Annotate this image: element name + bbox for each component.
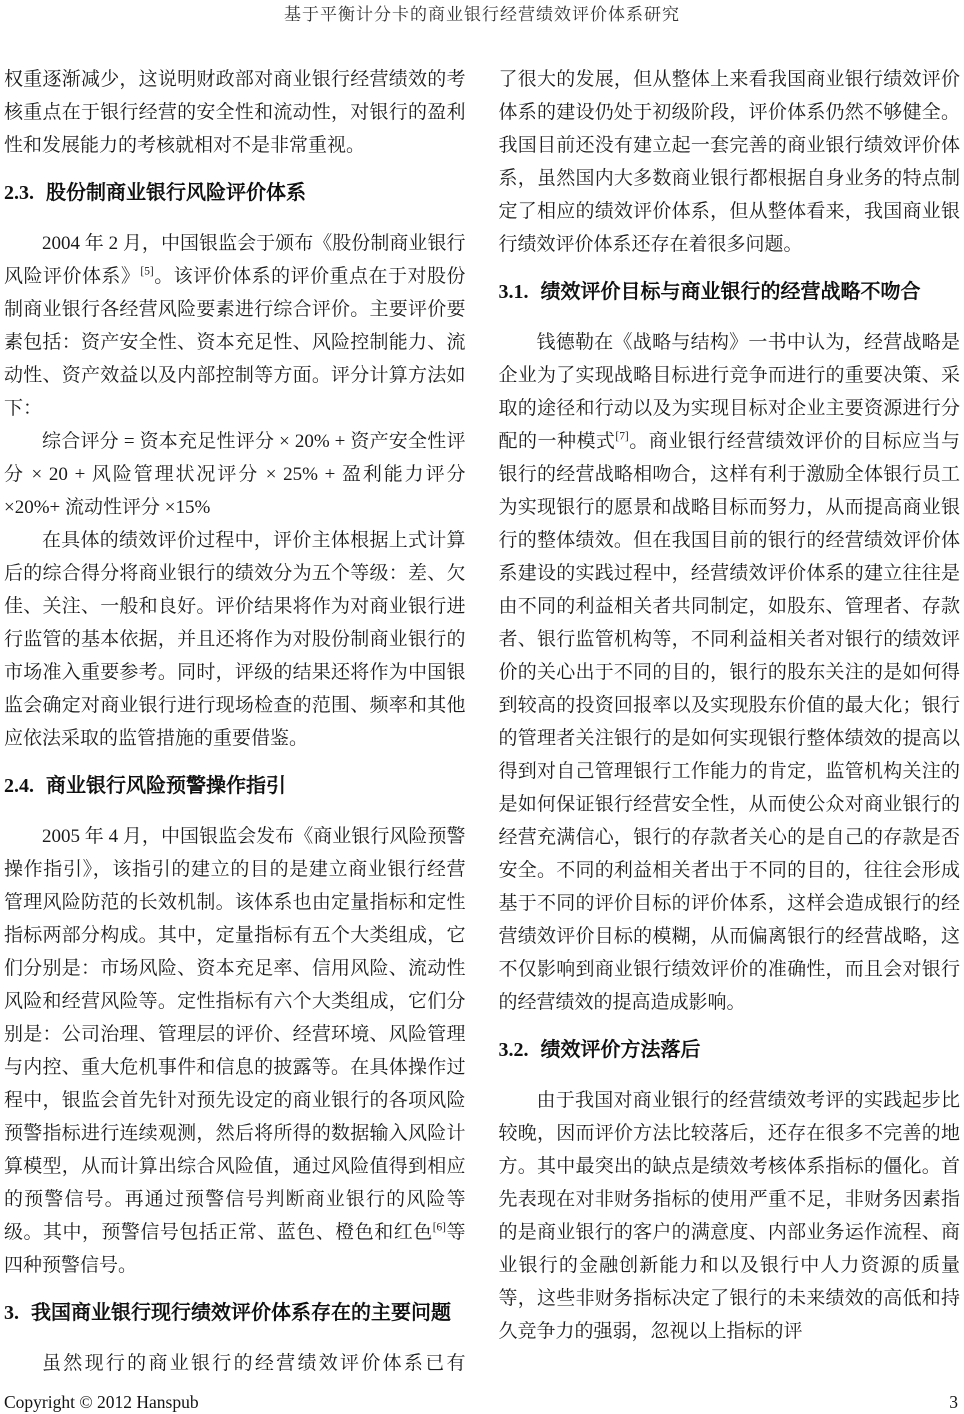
heading-number: 3.2. (499, 1036, 529, 1065)
paragraph: 权重逐渐减少，这说明财政部对商业银行经营绩效的考核重点在于银行经营的安全性和流动… (4, 63, 466, 162)
two-column-body: 权重逐渐减少，这说明财政部对商业银行经营绩效的考核重点在于银行经营的安全性和流动… (0, 25, 964, 1380)
section-heading-3: 3. 我国商业银行现行绩效评价体系存在的主要问题 (4, 1299, 466, 1328)
right-column: 了很大的发展，但从整体上来看我国商业银行绩效评价体系的建设仍处于初级阶段，评价体… (499, 63, 961, 1380)
page-footer: Copyright © 2012 Hanspub 3 (4, 1392, 958, 1412)
paragraph: 了很大的发展，但从整体上来看我国商业银行绩效评价体系的建设仍处于初级阶段，评价体… (499, 63, 961, 261)
paragraph: 虽然现行的商业银行的经营绩效评价体系已有 (4, 1347, 466, 1380)
paragraph: 2004 年 2 月，中国银监会于颁布《股份制商业银行风险评价体系》[5]。该评… (4, 227, 466, 425)
formula-paragraph: 综合评分 = 资本充足性评分 × 20% + 资产安全性评分 × 20 + 风险… (4, 425, 466, 524)
section-heading-3-1: 3.1. 绩效评价目标与商业银行的经营战略不吻合 (499, 278, 961, 307)
heading-text: 股份制商业银行风险评价体系 (46, 179, 466, 208)
footer-copyright: Copyright © 2012 Hanspub (4, 1392, 199, 1412)
paragraph: 钱德勒在《战略与结构》一书中认为，经营战略是企业为了实现战略目标进行竞争而进行的… (499, 326, 961, 1019)
citation-ref-7: [7] (615, 431, 628, 443)
heading-text: 绩效评价方法落后 (541, 1036, 961, 1065)
section-heading-3-2: 3.2. 绩效评价方法落后 (499, 1036, 961, 1065)
heading-text: 我国商业银行现行绩效评价体系存在的主要问题 (31, 1299, 466, 1328)
citation-ref-5: [5] (140, 266, 153, 278)
citation-ref-6: [6] (433, 1222, 446, 1234)
paper-page: 基于平衡计分卡的商业银行经营绩效评价体系研究 权重逐渐减少，这说明财政部对商业银… (0, 0, 964, 1414)
section-heading-2-3: 2.3. 股份制商业银行风险评价体系 (4, 179, 466, 208)
heading-text: 商业银行风险预警操作指引 (46, 772, 466, 801)
section-heading-2-4: 2.4. 商业银行风险预警操作指引 (4, 772, 466, 801)
page-header: 基于平衡计分卡的商业银行经营绩效评价体系研究 (0, 0, 964, 25)
paragraph: 由于我国对商业银行的经营绩效考评的实践起步比较晚，因而评价方法比较落后，还存在很… (499, 1084, 961, 1348)
paragraph-text: 。该评价体系的评价重点在于对股份制商业银行各经营风险要素进行综合评价。主要评价要… (4, 266, 466, 419)
footer-page-number: 3 (949, 1392, 958, 1412)
left-column: 权重逐渐减少，这说明财政部对商业银行经营绩效的考核重点在于银行经营的安全性和流动… (4, 63, 466, 1380)
heading-number: 2.4. (4, 772, 34, 801)
paragraph: 在具体的绩效评价过程中，评价主体根据上式计算后的综合得分将商业银行的绩效分为五个… (4, 524, 466, 755)
heading-number: 2.3. (4, 179, 34, 208)
paragraph: 2005 年 4 月，中国银监会发布《商业银行风险预警操作指引》，该指引的建立的… (4, 820, 466, 1282)
heading-number: 3.1. (499, 278, 529, 307)
running-head-title: 基于平衡计分卡的商业银行经营绩效评价体系研究 (0, 5, 964, 25)
heading-number: 3. (4, 1299, 19, 1328)
paragraph-text: 。商业银行经营绩效评价的目标应当与银行的经营战略相吻合，这样有利于激励全体银行员… (499, 431, 961, 1013)
heading-text: 绩效评价目标与商业银行的经营战略不吻合 (541, 278, 961, 307)
paragraph-text: 2005 年 4 月，中国银监会发布《商业银行风险预警操作指引》，该指引的建立的… (4, 826, 466, 1243)
